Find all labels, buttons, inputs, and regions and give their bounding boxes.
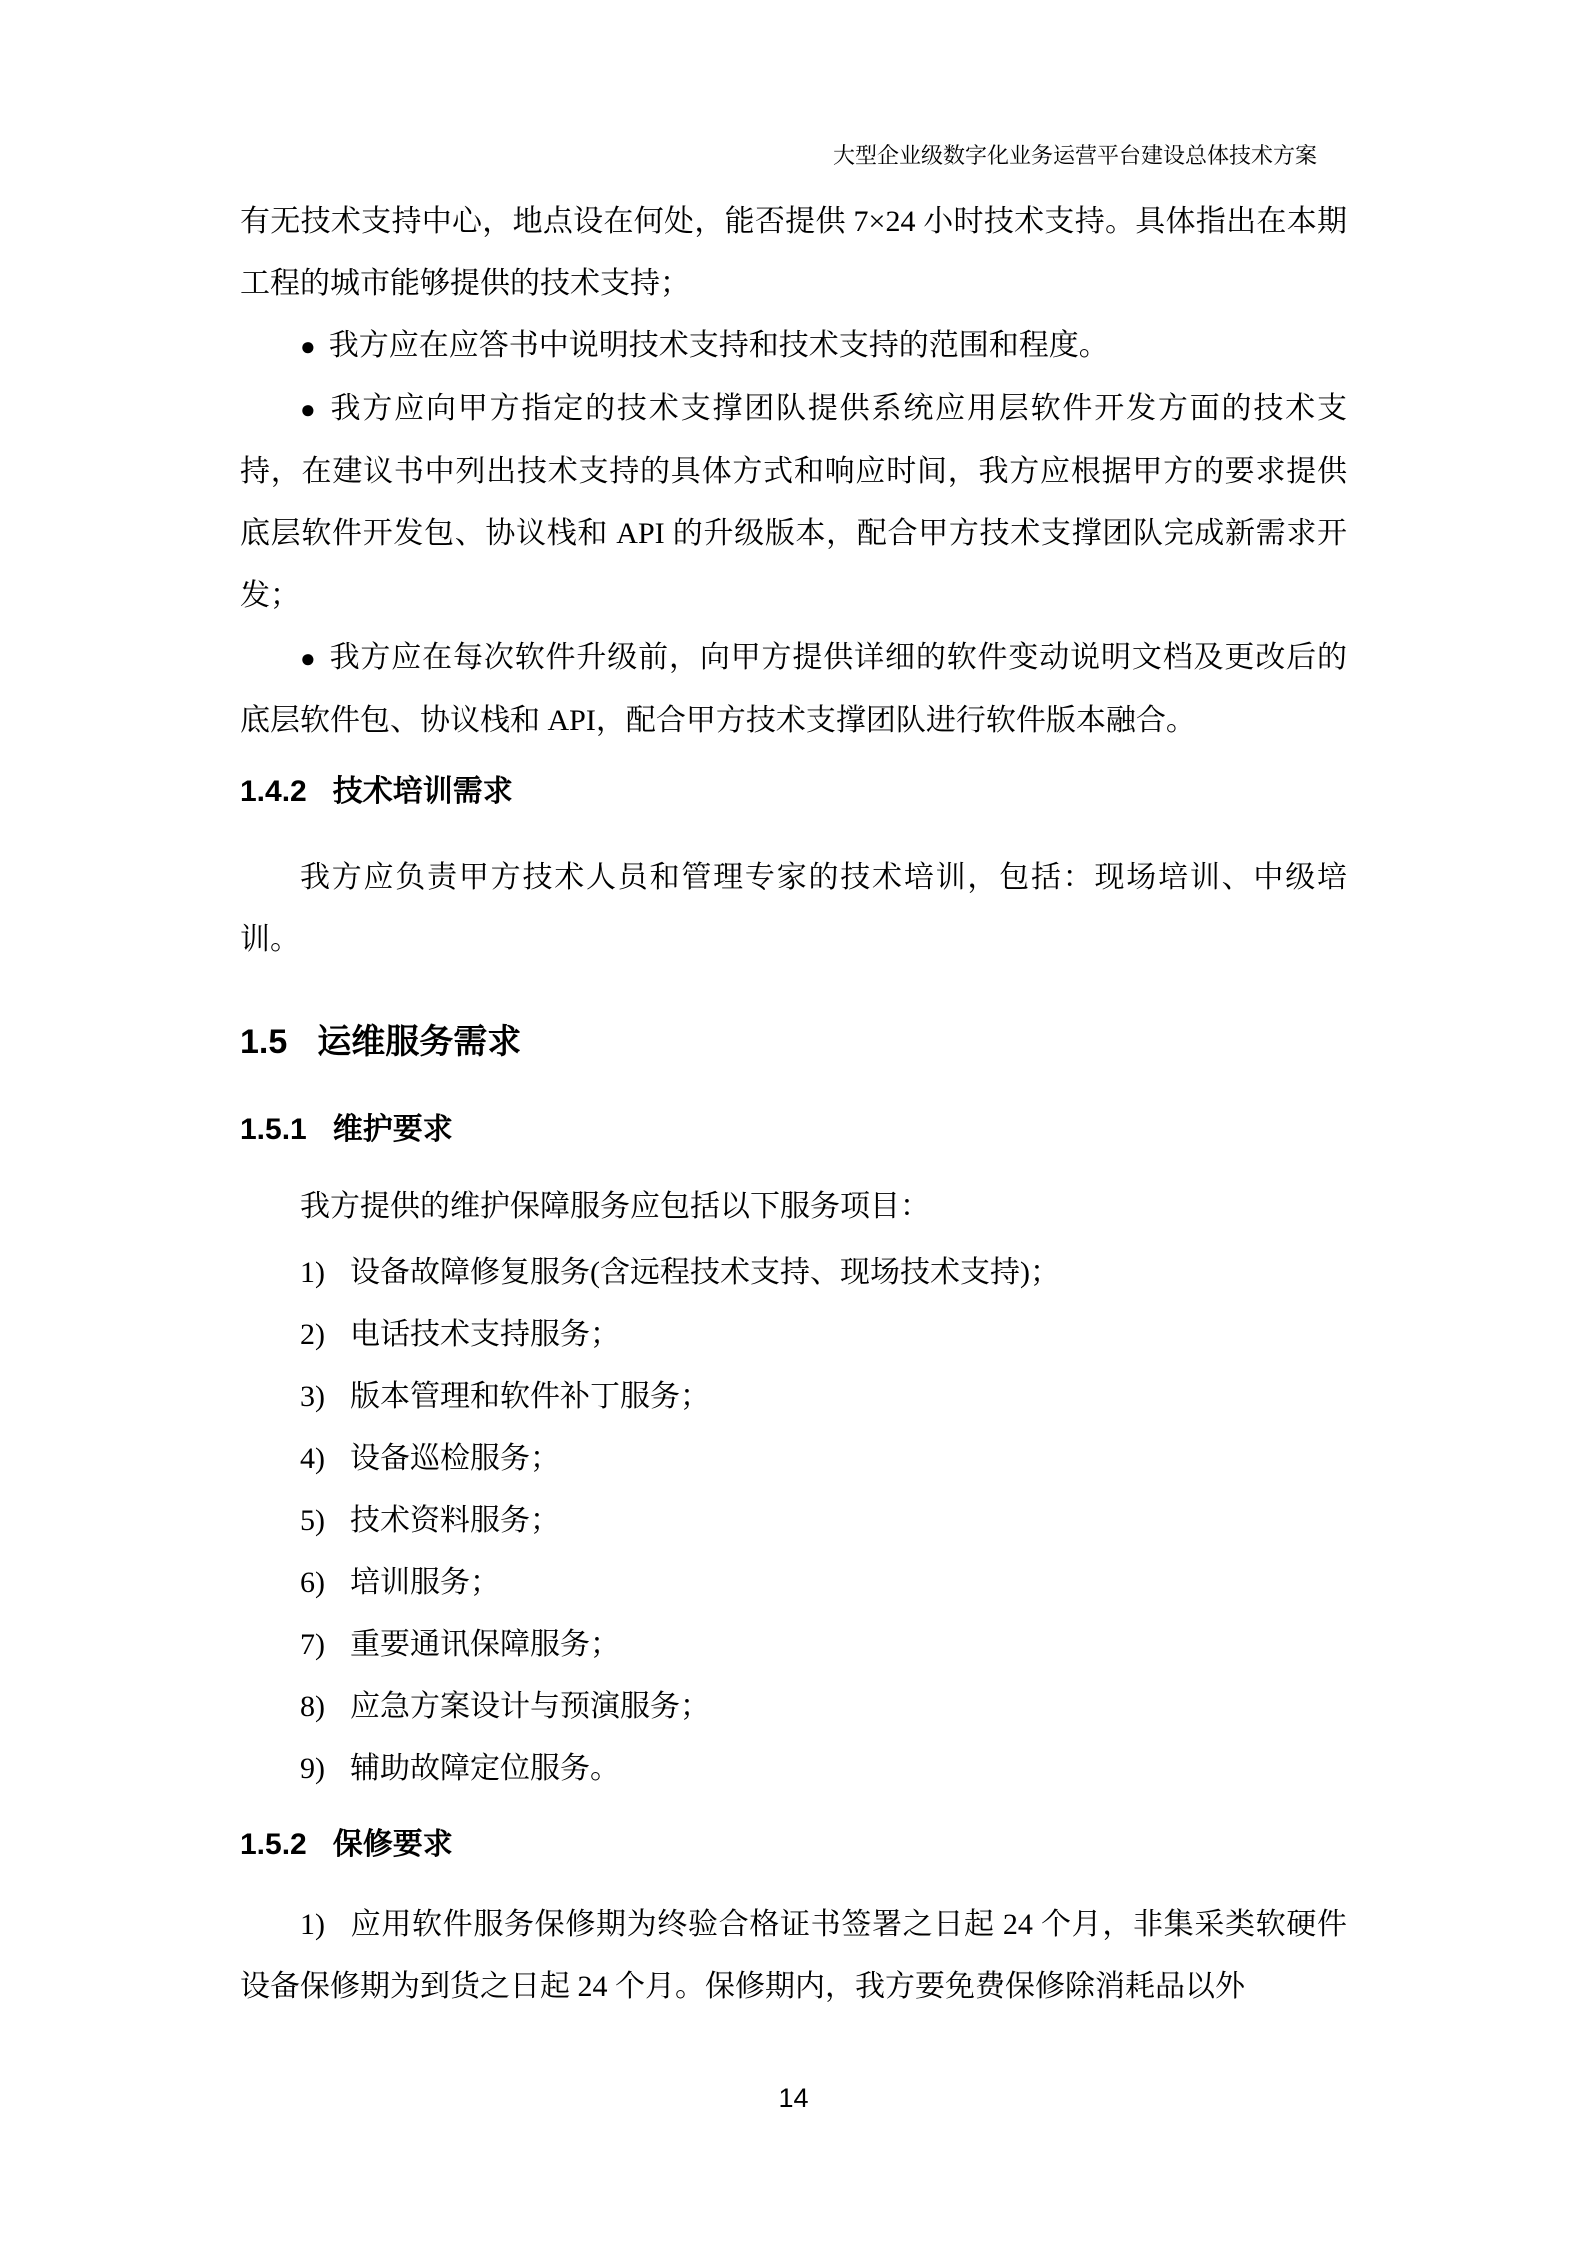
section-number: 1.4.2 xyxy=(240,775,307,808)
list-item-number: 6) xyxy=(300,1552,350,1614)
page-number: 14 xyxy=(0,2067,1587,2129)
bullet-item-text: 我方应在应答书中说明技术支持和技术支持的范围和程度。 xyxy=(329,329,1109,362)
list-item: 3)版本管理和软件补丁服务； xyxy=(240,1366,1347,1428)
section-heading-1-5-2: 1.5.2保修要求 xyxy=(240,1814,1347,1876)
list-item-text: 版本管理和软件补丁服务； xyxy=(350,1380,710,1413)
list-item: 1)设备故障修复服务(含远程技术支持、现场技术支持)； xyxy=(240,1242,1347,1304)
warranty-text: 应用软件服务保修期为终验合格证书签署之日起 24 个月，非集采类软硬件设备保修期… xyxy=(240,1908,1347,2003)
list-item-number: 1) xyxy=(300,1894,350,1956)
list-item-number: 5) xyxy=(300,1490,350,1552)
list-item: 5)技术资料服务； xyxy=(240,1490,1347,1552)
list-item-number: 2) xyxy=(300,1304,350,1366)
list-item: 2)电话技术支持服务； xyxy=(240,1304,1347,1366)
list-item-text: 重要通讯保障服务； xyxy=(350,1628,620,1661)
list-item-text: 设备巡检服务； xyxy=(350,1442,560,1475)
bullet-item: ●我方应在每次软件升级前，向甲方提供详细的软件变动说明文档及更改后的底层软件包、… xyxy=(240,627,1347,752)
training-paragraph: 我方应负责甲方技术人员和管理专家的技术培训，包括：现场培训、中级培训。 xyxy=(240,847,1347,971)
section-title: 技术培训需求 xyxy=(333,775,513,808)
bullet-dot-icon: ● xyxy=(300,395,318,424)
list-item: 9)辅助故障定位服务。 xyxy=(240,1738,1347,1800)
list-item-number: 7) xyxy=(300,1614,350,1676)
section-number: 1.5.2 xyxy=(240,1828,307,1861)
section-heading-1-4-2: 1.4.2技术培训需求 xyxy=(240,761,1347,823)
bullet-item: ●我方应在应答书中说明技术支持和技术支持的范围和程度。 xyxy=(240,315,1347,378)
list-item-number: 8) xyxy=(300,1676,350,1738)
list-item-number: 3) xyxy=(300,1366,350,1428)
document-body: 有无技术支持中心，地点设在何处，能否提供 7×24 小时技术支持。具体指出在本期… xyxy=(240,0,1347,2018)
list-item: 6)培训服务； xyxy=(240,1552,1347,1614)
section-title: 保修要求 xyxy=(333,1828,453,1861)
section-number: 1.5.1 xyxy=(240,1113,307,1146)
section-heading-1-5-1: 1.5.1维护要求 xyxy=(240,1099,1347,1161)
list-item-text: 应急方案设计与预演服务； xyxy=(350,1690,710,1723)
list-item: 7)重要通讯保障服务； xyxy=(240,1614,1347,1676)
list-item-text: 辅助故障定位服务。 xyxy=(350,1752,620,1785)
maintenance-paragraph: 我方提供的维护保障服务应包括以下服务项目： xyxy=(240,1176,1347,1238)
section-title: 维护要求 xyxy=(333,1113,453,1146)
list-item-number: 1) xyxy=(300,1242,350,1304)
list-item-text: 电话技术支持服务； xyxy=(350,1318,620,1351)
bullet-item-text: 我方应向甲方指定的技术支撑团队提供系统应用层软件开发方面的技术支持，在建议书中列… xyxy=(240,392,1347,612)
bullet-item: ●我方应向甲方指定的技术支撑团队提供系统应用层软件开发方面的技术支持，在建议书中… xyxy=(240,378,1347,627)
warranty-paragraph: 1)应用软件服务保修期为终验合格证书签署之日起 24 个月，非集采类软硬件设备保… xyxy=(240,1894,1347,2018)
list-item-number: 9) xyxy=(300,1738,350,1800)
list-item: 4)设备巡检服务； xyxy=(240,1428,1347,1490)
list-item-text: 技术资料服务； xyxy=(350,1504,560,1537)
section-heading-1-5: 1.5运维服务需求 xyxy=(240,1007,1347,1077)
section-title: 运维服务需求 xyxy=(317,1023,521,1061)
bullet-dot-icon: ● xyxy=(300,332,316,361)
list-item: 8)应急方案设计与预演服务； xyxy=(240,1676,1347,1738)
list-item-text: 培训服务； xyxy=(350,1566,500,1599)
bullet-dot-icon: ● xyxy=(300,644,317,673)
list-item-text: 设备故障修复服务(含远程技术支持、现场技术支持)； xyxy=(350,1256,1060,1289)
intro-paragraph: 有无技术支持中心，地点设在何处，能否提供 7×24 小时技术支持。具体指出在本期… xyxy=(240,191,1347,315)
bullet-item-text: 我方应在每次软件升级前，向甲方提供详细的软件变动说明文档及更改后的底层软件包、协… xyxy=(240,641,1347,737)
section-number: 1.5 xyxy=(240,1023,287,1061)
service-list: 1)设备故障修复服务(含远程技术支持、现场技术支持)； 2)电话技术支持服务； … xyxy=(240,1242,1347,1800)
list-item-number: 4) xyxy=(300,1428,350,1490)
